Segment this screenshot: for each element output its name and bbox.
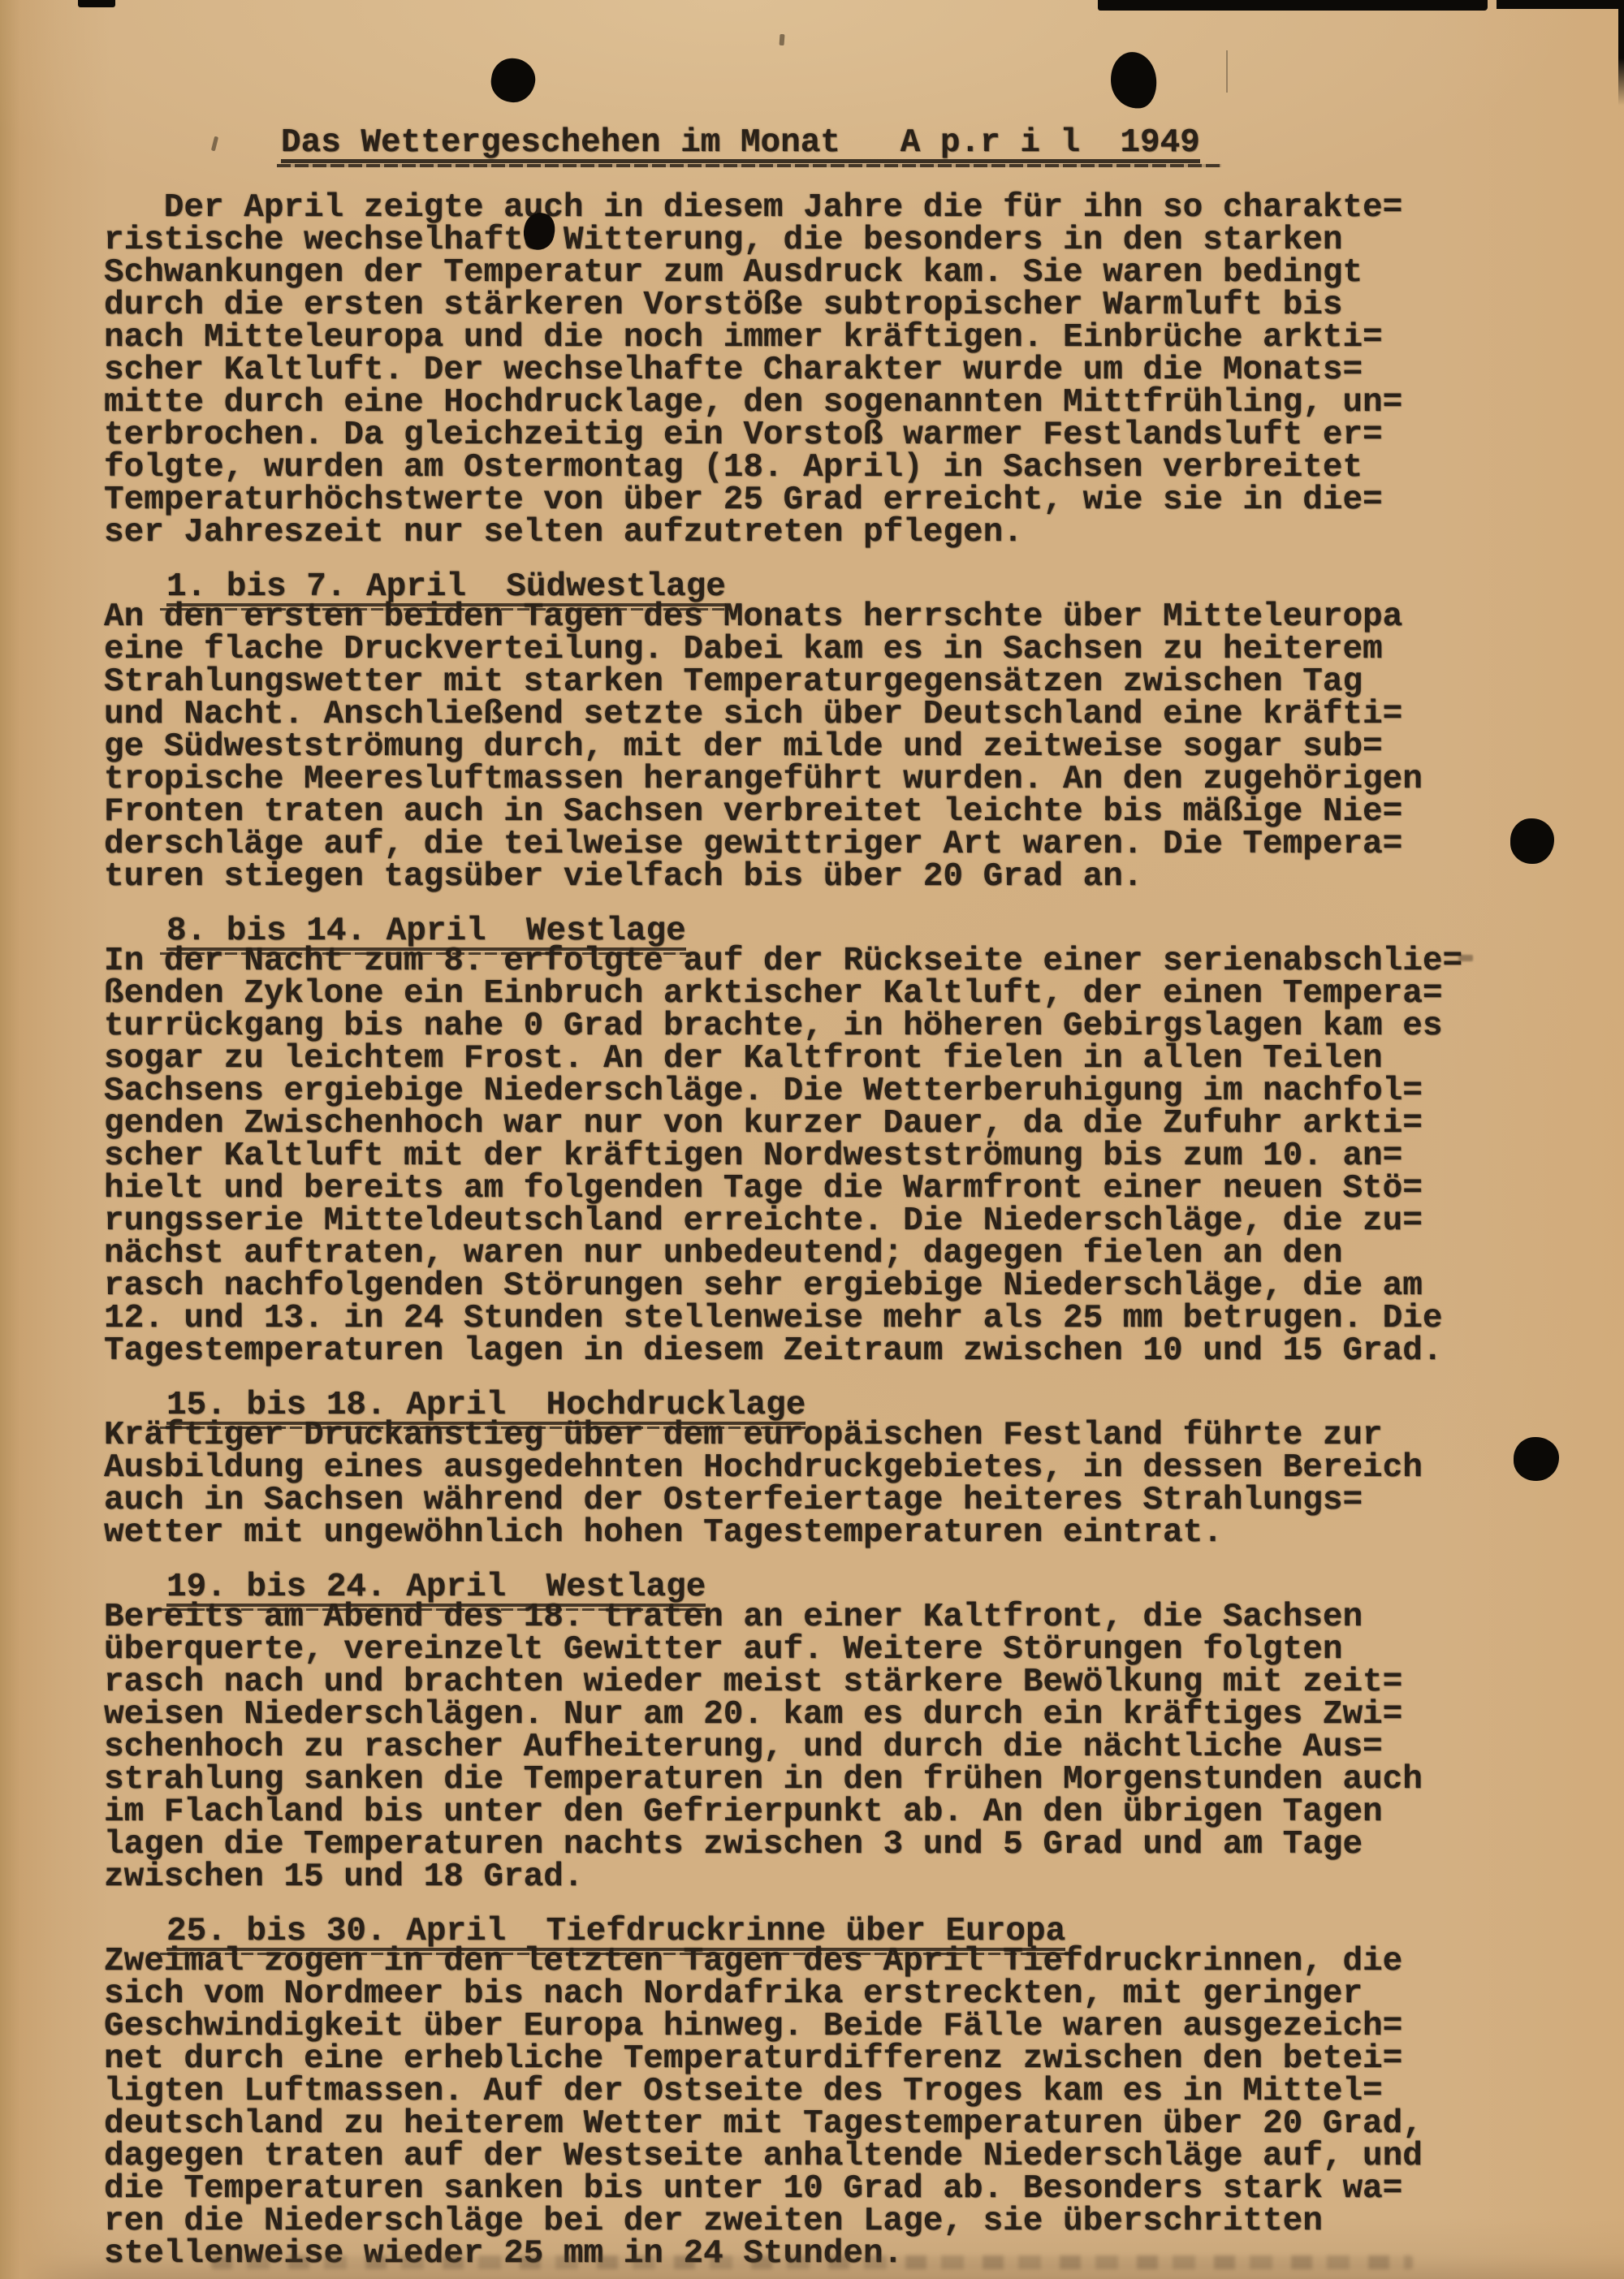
- scan-artifact-top-bar: [1497, 0, 1624, 9]
- document-page: Das Wettergeschehen im Monat A p.r i l 1…: [0, 0, 1624, 2279]
- text-line: Sachsens ergiebige Niederschläge. Die We…: [104, 1075, 1462, 1107]
- text-line: nach Mitteleuropa und die noch immer krä…: [104, 322, 1462, 354]
- document-body: Der April zeigte auch in diesem Jahre di…: [0, 0, 1462, 2270]
- text-line: ser Jahreszeit nur selten aufzutreten pf…: [104, 516, 1462, 549]
- text-line: derschläge auf, die teilweise gewittrige…: [104, 828, 1462, 861]
- intro-paragraph: Der April zeigte auch in diesem Jahre di…: [104, 192, 1462, 549]
- text-line: dagegen traten auf der Westseite anhalte…: [104, 2140, 1462, 2173]
- section-heading: 15. bis 18. April Hochdrucklage: [166, 1389, 806, 1422]
- text-line: terbrochen. Da gleichzeitig ein Vorstoß …: [104, 419, 1462, 451]
- text-line: auch in Sachsen während der Osterfeierta…: [104, 1484, 1462, 1517]
- scanned-document: { "document": { "title": "Das Wettergesc…: [0, 0, 1624, 2279]
- text-line: strahlung sanken die Temperaturen in den…: [104, 1763, 1462, 1796]
- text-line: rungsserie Mitteldeutschland erreichte. …: [104, 1205, 1462, 1237]
- text-line: ristische wechselhafte Witterung, die be…: [104, 224, 1462, 257]
- text-line: folgte, wurden am Ostermontag (18. April…: [104, 451, 1462, 484]
- text-line: turrückgang bis nahe 0 Grad brachte, in …: [104, 1010, 1462, 1042]
- scan-artifact-right-edge: [1618, 0, 1624, 106]
- text-line: scher Kaltluft. Der wechselhafte Charakt…: [104, 354, 1462, 386]
- text-line: rasch nachfolgenden Störungen sehr ergie…: [104, 1270, 1462, 1302]
- text-line: ge Südwestströmung durch, mit der milde …: [104, 731, 1462, 763]
- section-suedwestlage: 1. bis 7. April Südwestlage An den erste…: [104, 568, 1462, 893]
- text-line: sich vom Nordmeer bis nach Nordafrika er…: [104, 1978, 1462, 2010]
- section-heading: 1. bis 7. April Südwestlage: [166, 571, 726, 603]
- text-line: durch die ersten stärkeren Vorstöße subt…: [104, 289, 1462, 322]
- text-line: überquerte, vereinzelt Gewitter auf. Wei…: [104, 1634, 1462, 1666]
- text-line: An den ersten beiden Tagen des Monats he…: [104, 601, 1462, 633]
- text-line: Der April zeigte auch in diesem Jahre di…: [104, 192, 1462, 224]
- text-line: scher Kaltluft mit der kräftigen Nordwes…: [104, 1140, 1462, 1172]
- text-line: Strahlungswetter mit starken Temperaturg…: [104, 666, 1462, 698]
- text-line: genden Zwischenhoch war nur von kurzer D…: [104, 1107, 1462, 1140]
- section-westlage-1: 8. bis 14. April Westlage In der Nacht z…: [104, 913, 1462, 1367]
- punch-hole-mark: [1514, 1437, 1559, 1481]
- bleed-through-text: [211, 2255, 1413, 2269]
- text-line: eine flache Druckverteilung. Dabei kam e…: [104, 633, 1462, 666]
- punch-hole-mark: [1510, 818, 1554, 864]
- section-heading: 8. bis 14. April Westlage: [166, 915, 686, 947]
- section-paragraph: Zweimal zogen in den letzten Tagen des A…: [104, 1945, 1462, 2270]
- text-line: hielt und bereits am folgenden Tage die …: [104, 1172, 1462, 1205]
- text-line: Tagestemperaturen lagen in diesem Zeitra…: [104, 1335, 1462, 1367]
- text-line: net durch eine erhebliche Temperaturdiff…: [104, 2043, 1462, 2075]
- text-line: Temperaturhöchstwerte von über 25 Grad e…: [104, 484, 1462, 516]
- text-line: Geschwindigkeit über Europa hinweg. Beid…: [104, 2010, 1462, 2043]
- text-line: wetter mit ungewöhnlich hohen Tagestempe…: [104, 1517, 1462, 1549]
- section-heading: 19. bis 24. April Westlage: [166, 1571, 706, 1604]
- text-line: sogar zu leichtem Frost. An der Kaltfron…: [104, 1042, 1462, 1075]
- text-line: Ausbildung eines ausgedehnten Hochdruckg…: [104, 1452, 1462, 1484]
- text-line: mitte durch eine Hochdrucklage, den soge…: [104, 386, 1462, 419]
- text-line: Fronten traten auch in Sachsen verbreite…: [104, 796, 1462, 828]
- text-line: weisen Niederschlägen. Nur am 20. kam es…: [104, 1698, 1462, 1731]
- text-line: Bereits am Abend des 18. traten an einer…: [104, 1601, 1462, 1634]
- text-line: tropische Meeresluftmassen herangeführt …: [104, 763, 1462, 796]
- text-line: deutschland zu heiterem Wetter mit Tages…: [104, 2108, 1462, 2140]
- text-line: Schwankungen der Temperatur zum Ausdruck…: [104, 257, 1462, 289]
- text-line: 12. und 13. in 24 Stunden stellenweise m…: [104, 1302, 1462, 1335]
- text-line: die Temperaturen sanken bis unter 10 Gra…: [104, 2173, 1462, 2205]
- text-line: ligten Luftmassen. Auf der Ostseite des …: [104, 2075, 1462, 2108]
- text-line: ren die Niederschläge bei der zweiten La…: [104, 2205, 1462, 2238]
- text-line: Zweimal zogen in den letzten Tagen des A…: [104, 1945, 1462, 1978]
- text-line: ßenden Zyklone ein Einbruch arktischer K…: [104, 978, 1462, 1010]
- text-line: zwischen 15 und 18 Grad.: [104, 1861, 1462, 1893]
- section-hochdrucklage: 15. bis 18. April Hochdrucklage Kräftige…: [104, 1387, 1462, 1549]
- section-paragraph: Bereits am Abend des 18. traten an einer…: [104, 1601, 1462, 1893]
- text-line: Kräftiger Druckanstieg über dem europäis…: [104, 1419, 1462, 1452]
- text-line: rasch nach und brachten wieder meist stä…: [104, 1666, 1462, 1698]
- text-line: lagen die Temperaturen nachts zwischen 3…: [104, 1828, 1462, 1861]
- section-paragraph: An den ersten beiden Tagen des Monats he…: [104, 601, 1462, 893]
- text-line: nächst auftraten, waren nur unbedeutend;…: [104, 1237, 1462, 1270]
- section-tiefdruckrinne: 25. bis 30. April Tiefdruckrinne über Eu…: [104, 1913, 1462, 2270]
- text-line: und Nacht. Anschließend setzte sich über…: [104, 698, 1462, 731]
- section-paragraph: Kräftiger Druckanstieg über dem europäis…: [104, 1419, 1462, 1549]
- text-line: schenhoch zu rascher Aufheiterung, und d…: [104, 1731, 1462, 1763]
- text-line: im Flachland bis unter den Gefrierpunkt …: [104, 1796, 1462, 1828]
- section-westlage-2: 19. bis 24. April Westlage Bereits am Ab…: [104, 1569, 1462, 1893]
- text-line: turen stiegen tagsüber vielfach bis über…: [104, 861, 1462, 893]
- section-paragraph: In der Nacht zum 8. erfolgte auf der Rüc…: [104, 945, 1462, 1367]
- section-heading: 25. bis 30. April Tiefdruckrinne über Eu…: [166, 1915, 1065, 1948]
- text-line: In der Nacht zum 8. erfolgte auf der Rüc…: [104, 945, 1462, 978]
